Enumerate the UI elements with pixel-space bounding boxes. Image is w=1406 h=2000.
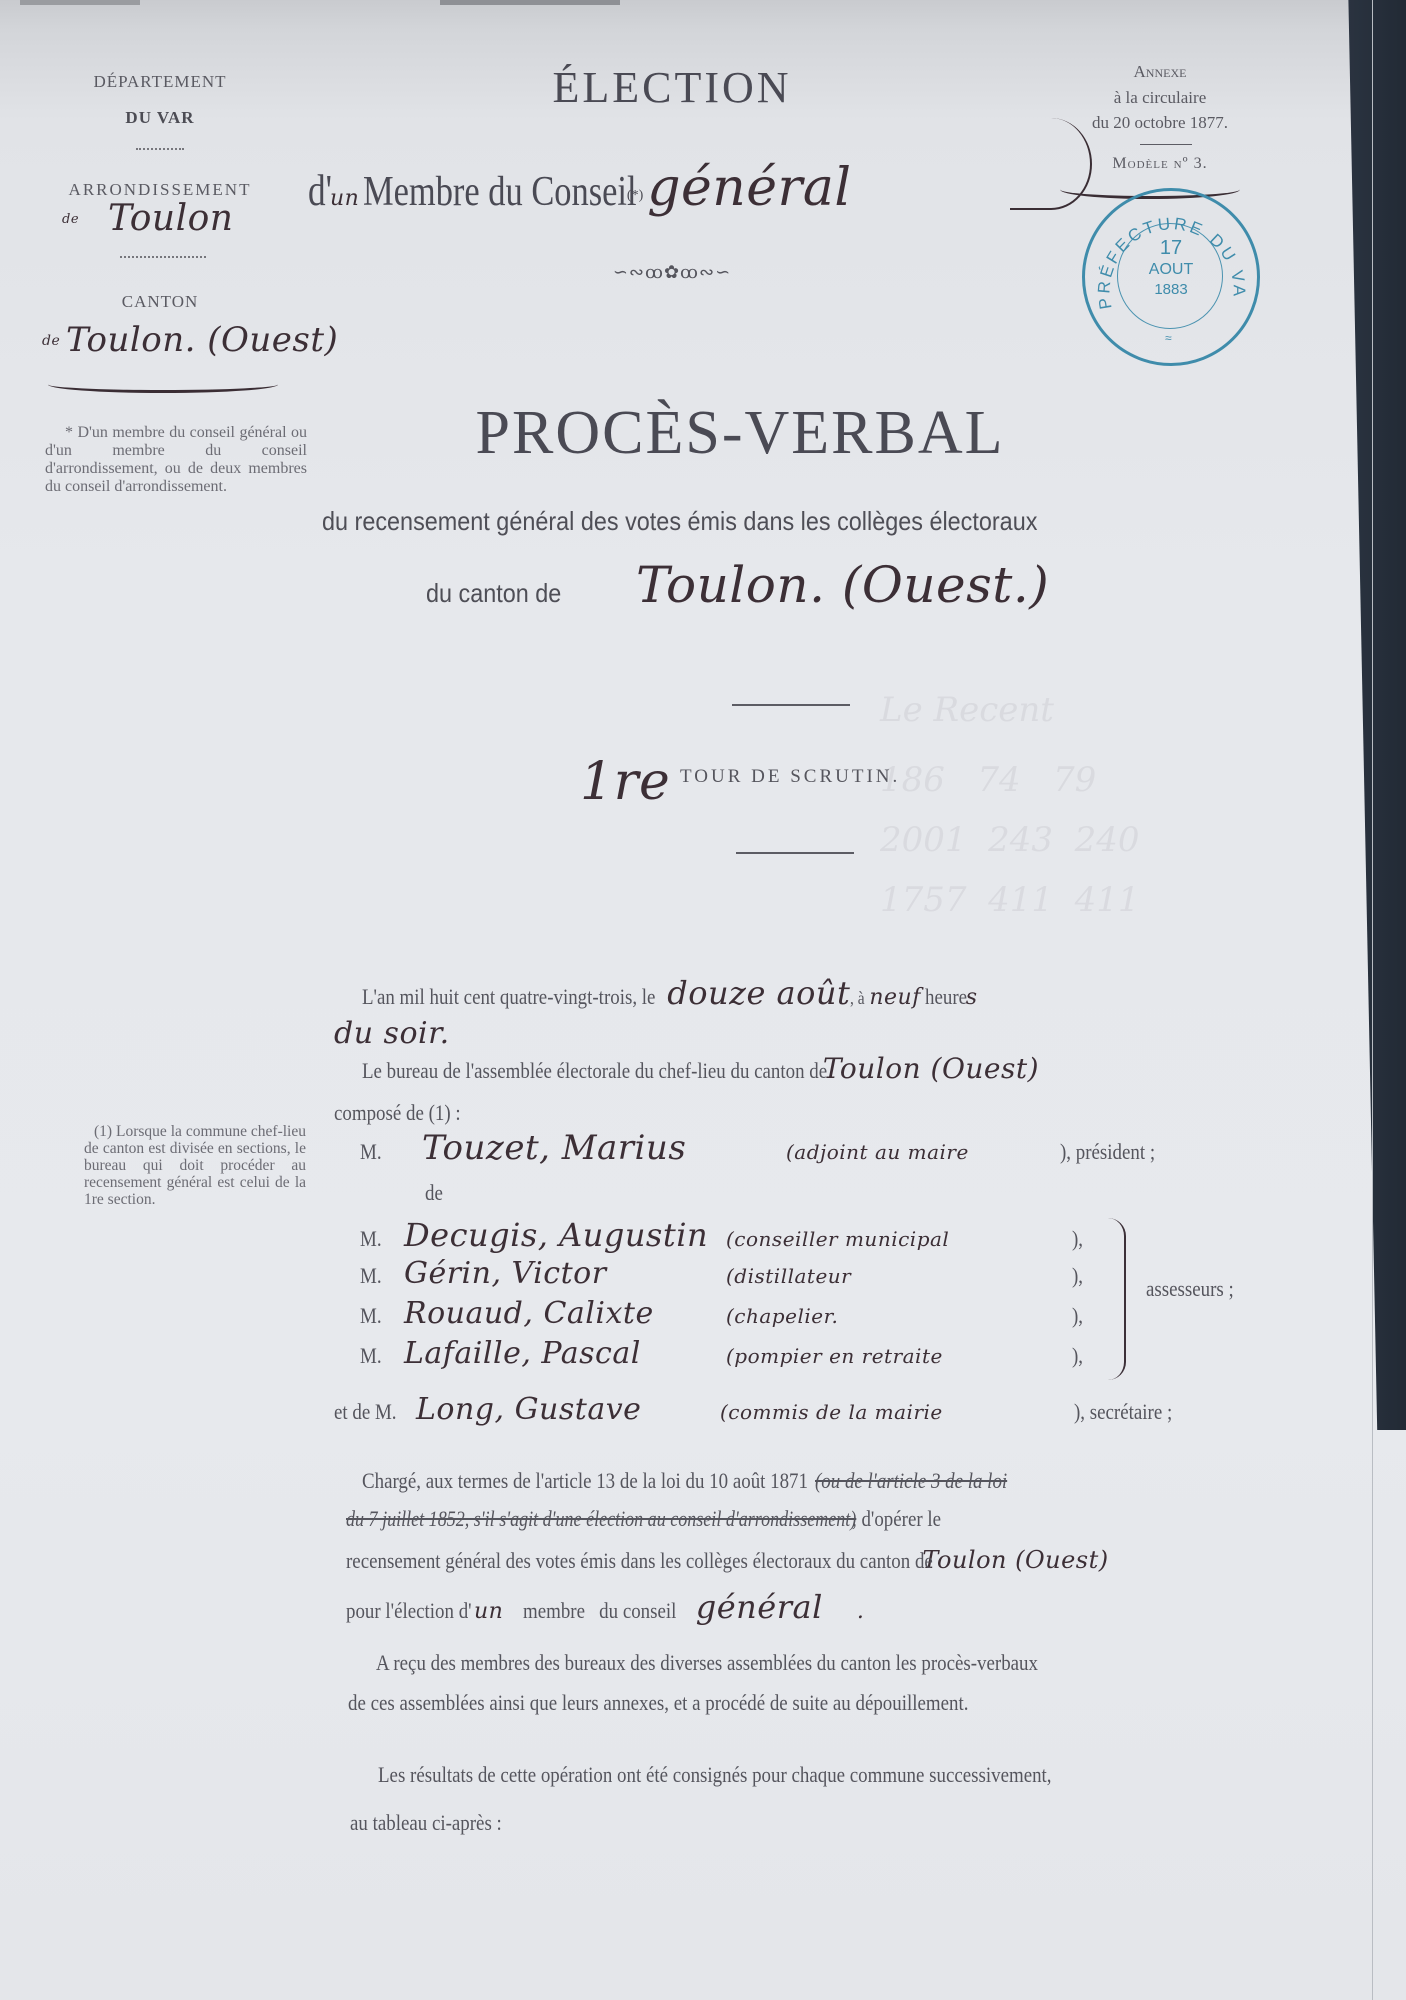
canton-prefix: de [42, 333, 60, 349]
charge-printed: Chargé, aux termes de l'article 13 de la… [362, 1468, 808, 1494]
assessor-row: M. Decugis, Augustin (conseiller municip… [360, 1216, 1160, 1254]
model-number: Modèle nº 3. [1112, 155, 1207, 173]
handwritten-flourish [48, 376, 278, 393]
assessor-prefix: M. [360, 1343, 394, 1369]
tour-de-scrutin: TOUR DE SCRUTIN. [680, 766, 900, 788]
date-hand: douze août [667, 974, 850, 1012]
president-suffix: ), président ; [1060, 1139, 1155, 1165]
handwritten-flourish [1010, 118, 1092, 210]
stamp-flourish-icon: ≈ [1165, 331, 1172, 345]
secretary-row: et de M. Long, Gustave (commis de la mai… [334, 1392, 1234, 1427]
background-edge [1342, 0, 1406, 1430]
secretary-role: (commis de la mairie [720, 1400, 1070, 1424]
assessor-row: M. Gérin, Victor (distillateur ), [360, 1256, 1160, 1291]
charge-end-dot: . [857, 1599, 865, 1624]
footnote-one: (1) Lorsque la commune chef-lieu de cant… [84, 1123, 306, 1208]
assessor-suffix: ), [1072, 1226, 1083, 1252]
annexe-date: du 20 octobre 1877. [1092, 113, 1228, 133]
assessors-label: assesseurs ; [1146, 1276, 1234, 1302]
assessor-prefix: M. [360, 1303, 394, 1329]
president-role: (adjoint au maire [786, 1140, 1056, 1164]
stamp-day: 17 [1160, 237, 1182, 260]
election-subtitle: d'un Membre du Conseil (*)général [308, 158, 852, 218]
charge-hand-un: un [474, 1599, 503, 1624]
assessors-brace [1108, 1218, 1126, 1380]
date-line: L'an mil huit cent quatre-vingt-trois, l… [362, 974, 978, 1012]
bleed-through-text: 2001 243 240 [880, 820, 1140, 860]
hour-printed: heure [925, 984, 967, 1010]
charge-line-4: pour l'élection d'un membre du conseil g… [346, 1588, 864, 1626]
bureau-hand: Toulon (Ouest) [823, 1052, 1039, 1085]
assessor-role: (chapelier. [726, 1304, 1068, 1328]
arrondissement-prefix: de [62, 212, 79, 227]
section-rule [736, 852, 854, 854]
canton-line-hand: Toulon. (Ouest.) [636, 556, 1049, 614]
page-edge-line [1372, 0, 1373, 2000]
assessor-name: Rouaud, Calixte [404, 1296, 722, 1331]
president-name: Touzet, Marius [422, 1128, 782, 1168]
charge-struck-text: (ou de l'article 3 de la loi [815, 1468, 1007, 1494]
stamp-month: AOUT [1149, 261, 1193, 279]
ornament-divider: ∽∾ꝏ✿ꝏ∾∽ [613, 262, 731, 283]
subtitle-hand-type: général [647, 158, 851, 218]
stamp-year: 1883 [1154, 281, 1187, 298]
arrondissement-value: Toulon [108, 198, 233, 239]
assessor-role: (conseiller municipal [726, 1227, 1068, 1251]
charge-line-2: du 7 juillet 1852, s'il s'agit d'une éle… [346, 1506, 956, 1532]
charge-printed-3: recensement général des votes émis dans … [346, 1548, 933, 1574]
bleed-through-text: Le Recent [880, 690, 1054, 730]
assessor-row: M. Rouaud, Calixte (chapelier. ), [360, 1296, 1160, 1331]
annexe-label: Annexe [1134, 62, 1187, 82]
bleed-through-text: 186 74 79 [880, 760, 1096, 800]
recensement-line: du recensement général des votes émis da… [322, 506, 1037, 537]
canton-value: Toulon. (Ouest) [66, 320, 338, 360]
document-page: Le Recent 186 74 79 2001 243 240 1757 41… [0, 0, 1406, 2000]
hour-plural-hand: s [966, 985, 978, 1010]
date-line-2-hand: du soir. [334, 1016, 450, 1051]
assessor-name: Decugis, Augustin [404, 1216, 722, 1254]
secretary-name: Long, Gustave [416, 1392, 716, 1427]
election-title: ÉLECTION [552, 62, 791, 113]
section-rule [732, 704, 850, 706]
assessor-role: (distillateur [726, 1264, 1068, 1288]
prefecture-stamp: PRÉFECTURE DU VAR 17 AOUT 1883 ≈ [1082, 188, 1260, 366]
charge-printed-4b: membre du conseil [523, 1598, 676, 1624]
assessor-row: M. Lafaille, Pascal (pompier en retraite… [360, 1336, 1160, 1371]
subtitle-hand-un: un [330, 186, 359, 211]
tour-number-hand: 1re [580, 752, 670, 812]
president-row: M. Touzet, Marius (adjoint au maire ), p… [360, 1128, 1260, 1168]
secretary-suffix: ), secrétaire ; [1074, 1399, 1172, 1425]
charge-line-1: Chargé, aux termes de l'article 13 de la… [362, 1468, 1038, 1494]
president-prefix: M. [360, 1139, 410, 1165]
departement-value: DU VAR [125, 108, 194, 128]
canton-label: CANTON [122, 292, 199, 312]
recu-line-2: de ces assemblées ainsi que leurs annexe… [348, 1690, 968, 1716]
assessor-suffix: ), [1072, 1343, 1083, 1369]
secretary-prefix: et de M. [334, 1399, 401, 1425]
charge-hand-canton: Toulon (Ouest) [922, 1546, 1108, 1574]
de-label: de [425, 1180, 443, 1206]
subtitle-prefix: d' [308, 165, 332, 216]
compose-line: composé de (1) : [334, 1100, 461, 1126]
proces-verbal-heading: PROCÈS-VERBAL [476, 398, 1005, 469]
charge-line-3: recensement général des votes émis dans … [346, 1546, 1109, 1574]
charge-printed-2: , d'opérer le [852, 1506, 941, 1532]
assessor-role: (pompier en retraite [726, 1344, 1068, 1368]
annexe-rule [1140, 144, 1192, 145]
assessor-suffix: ), [1072, 1263, 1083, 1289]
bleed-through-text: 1757 411 411 [880, 880, 1140, 920]
recu-line-1: A reçu des membres des bureaux des diver… [376, 1650, 1038, 1676]
charge-printed-4: pour l'élection d' [346, 1598, 472, 1624]
wavy-divider [136, 144, 184, 150]
assessor-prefix: M. [360, 1226, 394, 1252]
assessor-suffix: ), [1072, 1303, 1083, 1329]
hour-hand: neuf [869, 985, 921, 1010]
assessor-name: Gérin, Victor [404, 1256, 722, 1291]
assessor-prefix: M. [360, 1263, 394, 1289]
charge-struck-text-2: du 7 juillet 1852, s'il s'agit d'une éle… [346, 1506, 856, 1532]
resultats-line-1: Les résultats de cette opération ont été… [378, 1762, 1052, 1788]
charge-hand-type: général [696, 1588, 823, 1626]
assessor-name: Lafaille, Pascal [404, 1336, 722, 1371]
page-edge [20, 0, 140, 5]
wavy-divider [120, 252, 206, 258]
annexe-circulaire: à la circulaire [1114, 88, 1207, 108]
bureau-printed: Le bureau de l'assemblée électorale du c… [362, 1058, 827, 1084]
date-printed: L'an mil huit cent quatre-vingt-trois, l… [362, 984, 655, 1010]
subtitle-printed: Membre du Conseil [363, 168, 637, 216]
arrondissement-label: ARRONDISSEMENT [69, 180, 252, 200]
date-printed-2: , à [850, 988, 865, 1009]
page-edge [440, 0, 620, 5]
departement-label: DÉPARTEMENT [93, 72, 226, 92]
resultats-line-2: au tableau ci-après : [350, 1810, 502, 1836]
footnote-asterisk: * D'un membre du conseil général ou d'un… [45, 424, 307, 496]
canton-line-printed: du canton de [426, 578, 561, 609]
bureau-line: Le bureau de l'assemblée électorale du c… [362, 1052, 1039, 1085]
